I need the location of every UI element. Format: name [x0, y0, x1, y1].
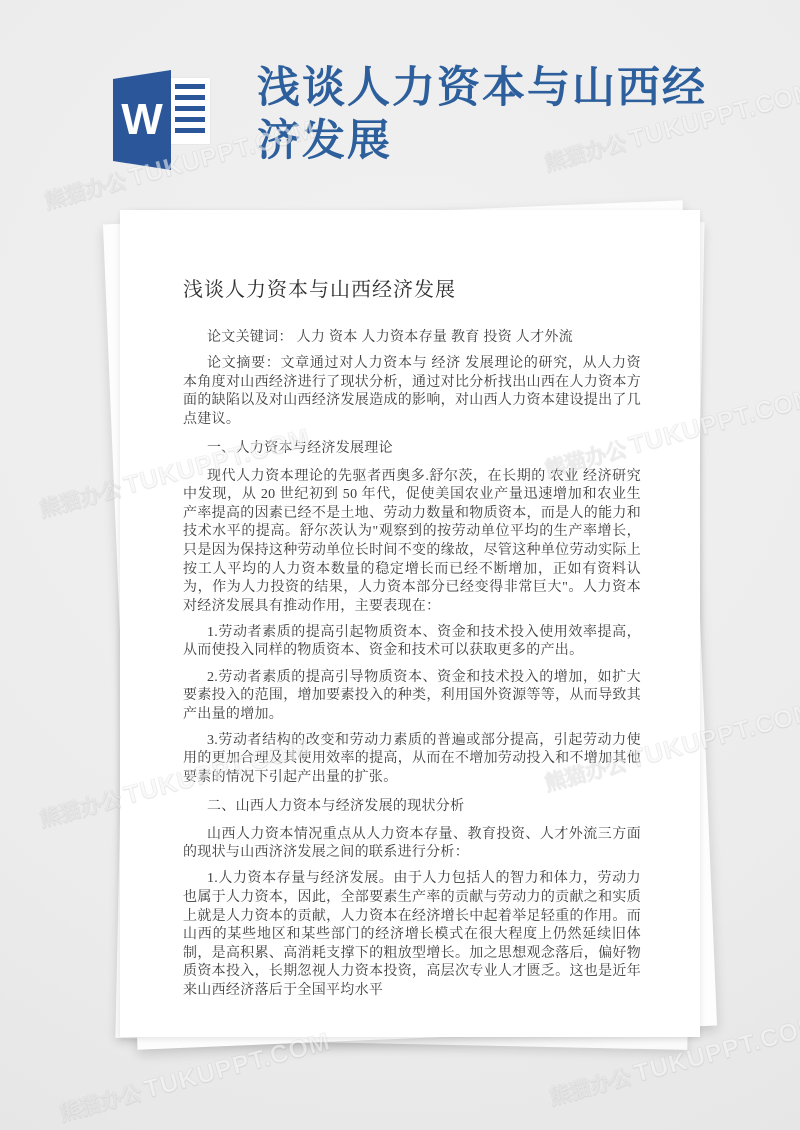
watermark-brand: 熊猫办公	[37, 478, 124, 522]
doc-section-heading: 二、山西人力资本与经济发展的现状分析	[183, 795, 641, 817]
document-page: 浅谈人力资本与山西经济发展 论文关键词： 人力 资本 人力资本存量 教育 投资 …	[120, 210, 700, 1037]
page-body: 浅谈人力资本与山西经济发展 论文关键词： 人力 资本 人力资本存量 教育 投资 …	[183, 276, 641, 1008]
doc-paragraph: 论文摘要：文章通过对人力资本与 经济 发展理论的研究，从人力资本角度对山西经济进…	[183, 355, 641, 429]
word-file-icon: W	[113, 66, 213, 174]
watermark-brand: 熊猫办公	[42, 170, 129, 214]
doc-paragraph: 论文关键词： 人力 资本 人力资本存量 教育 投资 人才外流	[183, 329, 641, 348]
doc-paragraph: 现代人力资本理论的先驱者西奥多.舒尔茨，在长期的 农业 经济研究中发现，从 20…	[183, 468, 641, 617]
page-heading: 浅谈人力资本与山西经济发展	[183, 276, 641, 304]
document-preview-stage: W 浅谈人力资本与山西经济发展 浅谈人力资本与山西经济发展 论文关键词： 人力 …	[0, 0, 800, 1130]
doc-paragraph: 1.劳动者素质的提高引起物质资本、资金和技术投入使用效率提高，从而使投入同样的物…	[183, 624, 641, 661]
word-icon-cover: W	[113, 70, 171, 170]
watermark-brand: 熊猫办公	[547, 1066, 634, 1110]
doc-paragraphs: 论文关键词： 人力 资本 人力资本存量 教育 投资 人才外流论文摘要：文章通过对…	[183, 329, 641, 1001]
doc-paragraph: 1.人力资本存量与经济发展。由于人力包括人的智力和体力，劳动力也属于人力资本，因…	[183, 870, 641, 1000]
doc-paragraph: 3.劳动者结构的改变和劳动力素质的普遍或部分提高，引起劳动力使用的更加合理及其使…	[183, 732, 641, 788]
watermark-brand: 熊猫办公	[57, 1082, 144, 1126]
word-icon-text-lines	[175, 84, 205, 139]
word-icon-letter: W	[121, 98, 163, 142]
doc-section-heading: 一、人力资本与经济发展理论	[183, 437, 641, 459]
watermark-brand: 熊猫办公	[37, 788, 124, 832]
word-icon-page	[170, 78, 210, 144]
doc-paragraph: 2.劳动者素质的提高引导物质资本、资金和技术投入的增加，如扩大要素投入的范围，增…	[183, 669, 641, 725]
doc-paragraph: 山西人力资本情况重点从人力资本存量、教育投资、人才外流三方面的现状与山西济济发展…	[183, 826, 641, 863]
document-title: 浅谈人力资本与山西经济发展	[257, 62, 729, 168]
